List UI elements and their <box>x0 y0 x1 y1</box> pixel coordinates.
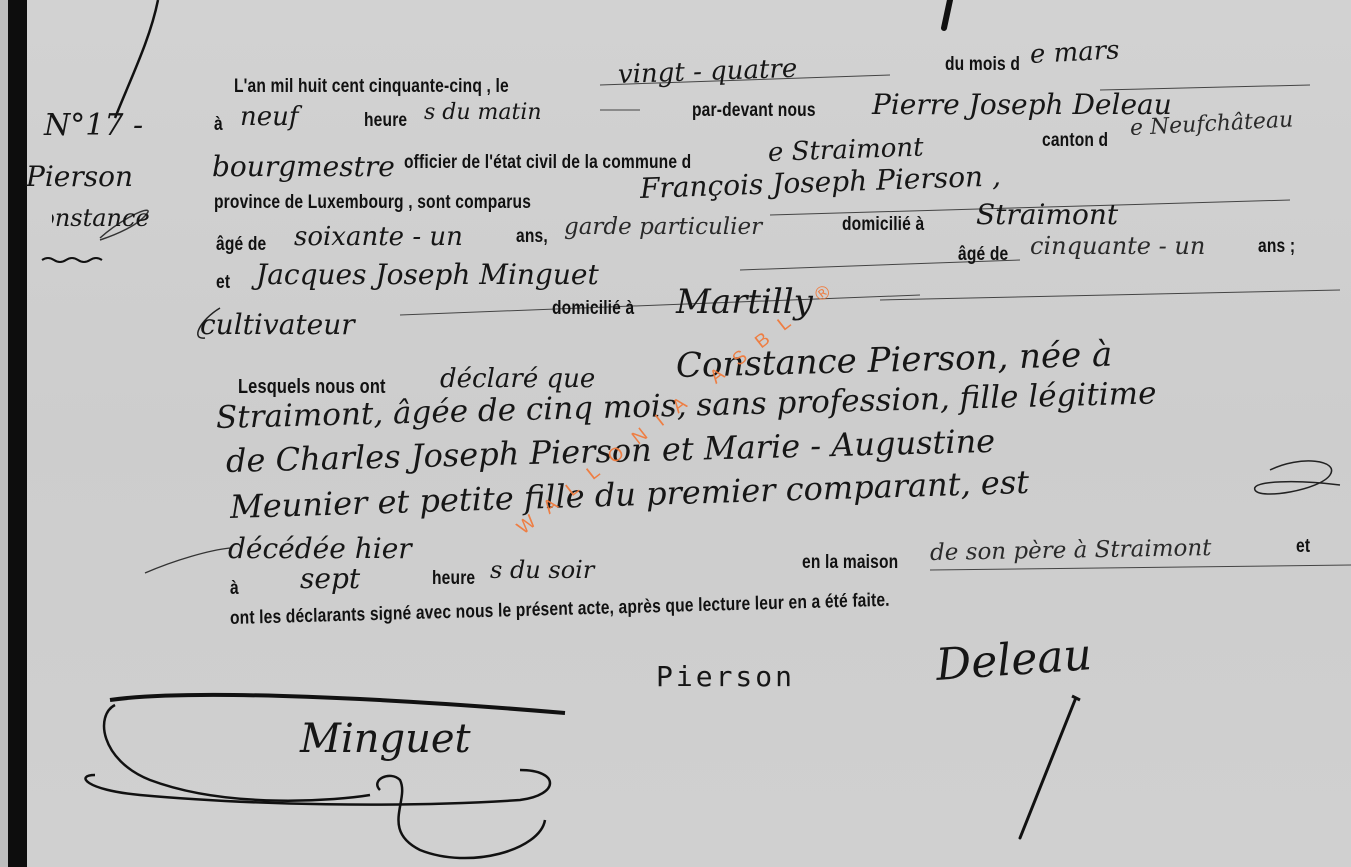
printed-ans-1: ans, <box>516 226 548 248</box>
hand-declaration-line5: décédée hier <box>228 532 412 565</box>
signature-declarant1: Pierson <box>656 660 795 693</box>
hand-officer-name: Pierre Joseph Deleau <box>872 88 1172 121</box>
hand-death-hour-suffix: s du soir <box>490 556 594 584</box>
printed-et: et <box>216 272 230 294</box>
printed-canton: canton d <box>1042 130 1108 152</box>
margin-surname: Pierson <box>26 160 133 193</box>
printed-et-2: et <box>1296 536 1310 558</box>
hand-declaration-intro: déclaré que <box>440 364 595 394</box>
hand-officer-title: bourgmestre <box>212 150 395 183</box>
printed-heure-2: heure <box>432 568 475 590</box>
signature-officer: Deleau <box>934 629 1093 691</box>
printed-province-line: province de Luxembourg , sont comparus <box>214 192 531 214</box>
hand-declarant1-age: soixante - un <box>294 222 463 252</box>
printed-a: à <box>214 114 223 136</box>
hand-month: e mars <box>1029 35 1120 70</box>
hand-declarant2-occupation: cultivateur <box>200 308 355 341</box>
hand-declarant1-occupation: garde particulier <box>564 214 762 240</box>
printed-maison: en la maison <box>802 552 898 574</box>
margin-act-number: N°17 - <box>44 108 143 143</box>
printed-closing-line: ont les déclarants signé avec nous le pr… <box>230 590 890 630</box>
hand-death-hour: sept <box>300 562 360 595</box>
printed-month-label: du mois d <box>945 54 1020 76</box>
hand-death-place: de son père à Straimont <box>930 535 1212 566</box>
printed-ans-2: ans ; <box>1258 236 1295 258</box>
hand-hour: neuf <box>240 102 299 132</box>
hand-hour-suffix: s du matin <box>424 100 542 125</box>
printed-domicile-1: domicilié à <box>842 214 924 236</box>
printed-a-2: à <box>230 578 239 600</box>
margin-given-name: Constance <box>22 204 150 232</box>
hand-declarant2-age: cinquante - un <box>1030 232 1205 260</box>
printed-date-line: L'an mil huit cent cinquante-cinq , le <box>234 76 509 98</box>
binding-strip <box>0 0 8 867</box>
document-page: N°17 - Pierson Constance L'an mil huit c… <box>0 0 1351 867</box>
hand-declarant1-residence: Straimont <box>976 198 1118 231</box>
hand-declarant1-name: François Joseph Pierson , <box>639 159 1001 205</box>
hand-declarant2-name: Jacques Joseph Minguet <box>256 258 599 291</box>
printed-heure: heure <box>364 110 407 132</box>
binding-edge <box>8 0 27 867</box>
hand-day: vingt - quatre <box>617 54 797 90</box>
printed-age-label-2: âgé de <box>958 244 1008 266</box>
printed-age-label-1: âgé de <box>216 234 266 256</box>
printed-par-devant: par-devant nous <box>692 100 816 122</box>
signature-declarant2: Minguet <box>300 716 471 762</box>
printed-domicile-2: domicilié à <box>552 298 634 320</box>
